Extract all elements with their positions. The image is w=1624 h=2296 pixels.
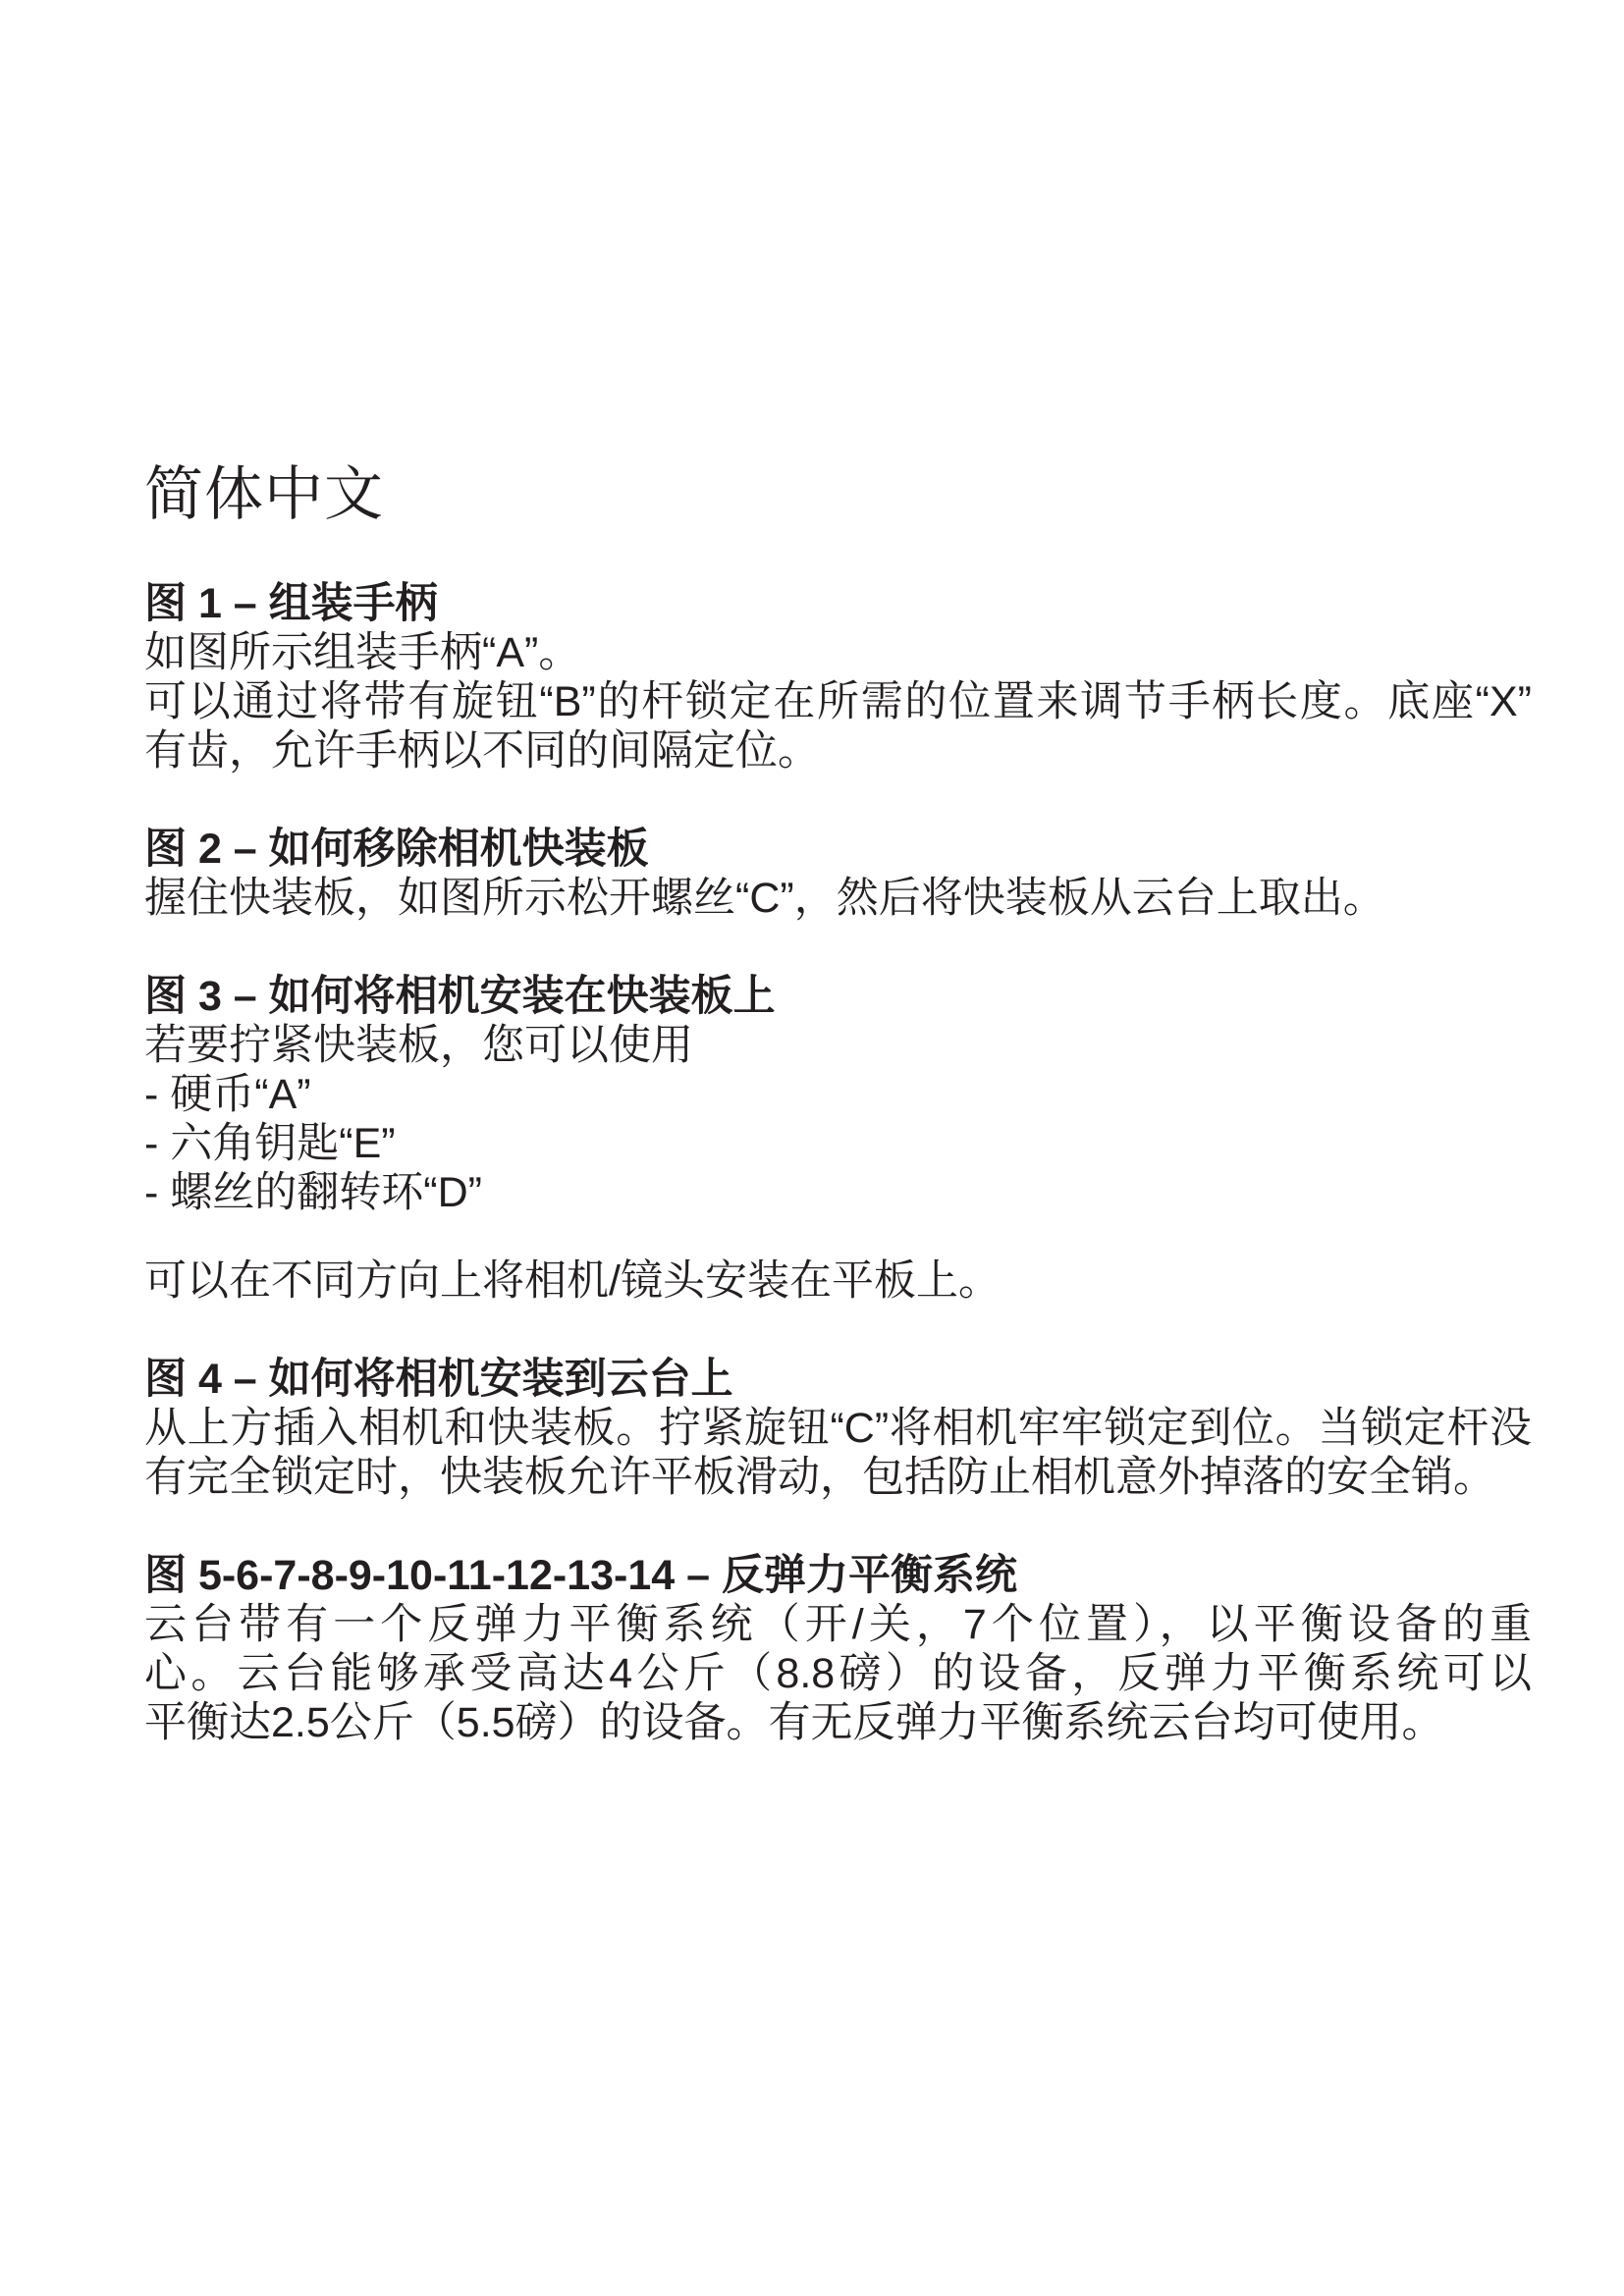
section-figures-5-14: 图 5-6-7-8-9-10-11-12-13-14 – 反弹力平衡系统 云台带…: [144, 1551, 1532, 1747]
paragraph: 握住快装板，如图所示松开螺丝“C”，然后将快装板从云台上取出。: [144, 874, 1532, 923]
section-heading: 图 1 – 组装手柄: [144, 579, 1532, 628]
text-line: 有齿，允许手柄以不同的间隔定位。: [144, 726, 1532, 775]
paragraph: 若要拧紧快装板，您可以使用 - 硬币“A” - 六角钥匙“E” - 螺丝的翻转环…: [144, 1021, 1532, 1217]
text-line: 可以通过将带有旋钮“B”的杆锁定在所需的位置来调节手柄长度。底座“X”: [144, 677, 1532, 726]
section-figure-3: 图 3 – 如何将相机安装在快装板上 若要拧紧快装板，您可以使用 - 硬币“A”…: [144, 972, 1532, 1306]
list-item: - 螺丝的翻转环“D”: [144, 1168, 1532, 1217]
manual-page: 简体中文 图 1 – 组装手柄 如图所示组装手柄“A”。 可以通过将带有旋钮“B…: [0, 0, 1624, 2296]
page-content: 简体中文 图 1 – 组装手柄 如图所示组装手柄“A”。 可以通过将带有旋钮“B…: [144, 465, 1532, 1796]
text-line: 平衡达2.5公斤（5.5磅）的设备。有无反弹力平衡系统云台均可使用。: [144, 1698, 1532, 1747]
paragraph: 可以在不同方向上将相机/镜头安装在平板上。: [144, 1256, 1532, 1306]
text-line: 心。云台能够承受高达4公斤（8.8磅）的设备，反弹力平衡系统可以: [144, 1649, 1532, 1698]
text-line: 若要拧紧快装板，您可以使用: [144, 1021, 1532, 1070]
section-heading: 图 2 – 如何移除相机快装板: [144, 825, 1532, 874]
text-line: 如图所示组装手柄“A”。: [144, 628, 1532, 677]
text-line: 握住快装板，如图所示松开螺丝“C”，然后将快装板从云台上取出。: [144, 874, 1532, 923]
paragraph: 从上方插入相机和快装板。拧紧旋钮“C”将相机牢牢锁定到位。当锁定杆没 有完全锁定…: [144, 1404, 1532, 1502]
text-line: 从上方插入相机和快装板。拧紧旋钮“C”将相机牢牢锁定到位。当锁定杆没: [144, 1404, 1532, 1453]
section-heading: 图 5-6-7-8-9-10-11-12-13-14 – 反弹力平衡系统: [144, 1551, 1532, 1600]
list-item: - 硬币“A”: [144, 1070, 1532, 1119]
section-heading: 图 4 – 如何将相机安装到云台上: [144, 1355, 1532, 1404]
text-line: 云台带有一个反弹力平衡系统（开/关，7个位置），以平衡设备的重: [144, 1600, 1532, 1649]
text-line: 可以在不同方向上将相机/镜头安装在平板上。: [144, 1256, 1532, 1306]
paragraph: 如图所示组装手柄“A”。 可以通过将带有旋钮“B”的杆锁定在所需的位置来调节手柄…: [144, 628, 1532, 775]
section-figure-1: 图 1 – 组装手柄 如图所示组装手柄“A”。 可以通过将带有旋钮“B”的杆锁定…: [144, 579, 1532, 775]
text-line: 有完全锁定时，快装板允许平板滑动，包括防止相机意外掉落的安全销。: [144, 1453, 1532, 1502]
paragraph: 云台带有一个反弹力平衡系统（开/关，7个位置），以平衡设备的重 心。云台能够承受…: [144, 1600, 1532, 1747]
section-figure-4: 图 4 – 如何将相机安装到云台上 从上方插入相机和快装板。拧紧旋钮“C”将相机…: [144, 1355, 1532, 1502]
section-figure-2: 图 2 – 如何移除相机快装板 握住快装板，如图所示松开螺丝“C”，然后将快装板…: [144, 825, 1532, 923]
language-title: 简体中文: [144, 465, 1532, 524]
list-item: - 六角钥匙“E”: [144, 1119, 1532, 1168]
section-heading: 图 3 – 如何将相机安装在快装板上: [144, 972, 1532, 1021]
